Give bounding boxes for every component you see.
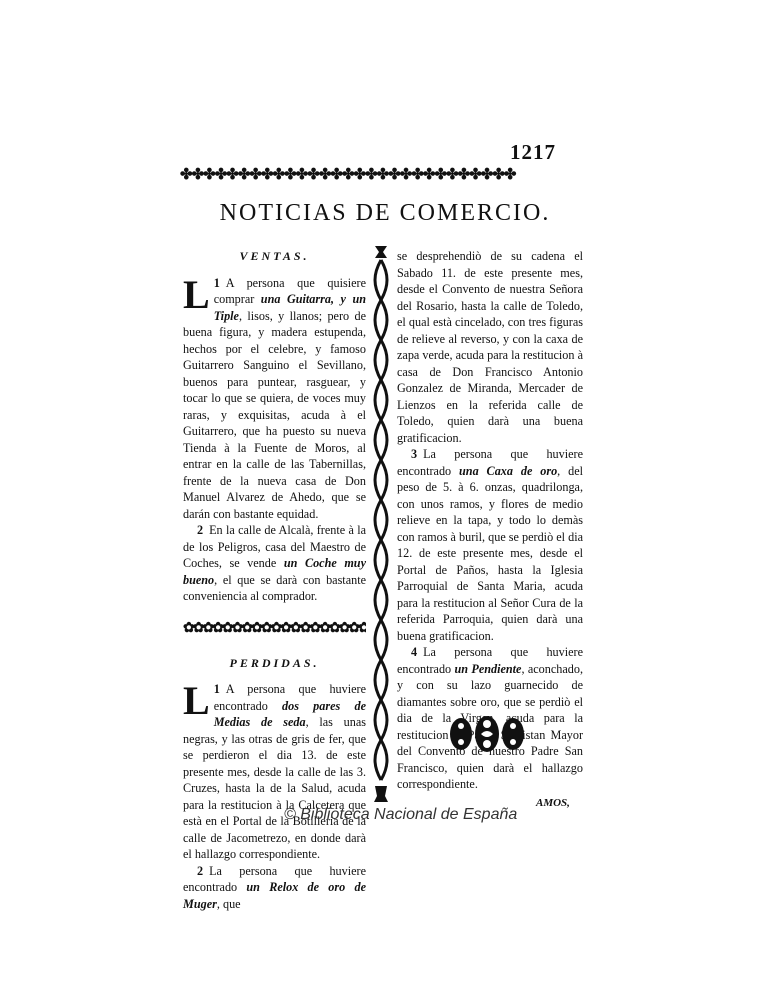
header-ornament-band: ✤✤✤✤✤✤✤✤✤✤✤✤✤✤✤✤✤✤✤✤✤✤✤✤✤✤✤✤✤	[180, 162, 595, 186]
right-column: se desprehendiò de su cadena el Sabado 1…	[397, 248, 583, 793]
item-number: 2	[197, 523, 203, 537]
page-title: NOTICIAS DE COMERCIO.	[175, 200, 595, 227]
section-ornament-band: ✿✿✿✿✿✿✿✿✿✿✿✿✿✿✿✿✿✿✿	[183, 621, 366, 641]
perdidas-item-2: 2La persona que huviere encontrado un Re…	[183, 863, 366, 913]
item-emphasis: una Caxa de oro	[459, 464, 557, 478]
item-emphasis: un Pendiente	[454, 662, 521, 676]
drop-cap: L	[183, 685, 210, 717]
item-number: 2	[197, 864, 203, 878]
ventas-item-2: 2En la calle de Alcalà, frente à la de l…	[183, 522, 366, 605]
fleuron-row: ✤✤✤✤✤✤✤✤✤✤✤✤✤✤✤✤✤✤✤✤✤✤✤✤✤✤✤✤✤	[180, 162, 515, 186]
continuation-paragraph: se desprehendiò de su cadena el Sabado 1…	[397, 248, 583, 446]
drop-cap: L	[183, 279, 210, 311]
item-number: 1	[214, 276, 220, 290]
tailpiece-ornament-icon	[447, 712, 527, 756]
item-text: , del peso de 5. à 6. onzas, quadrilonga…	[397, 464, 583, 643]
section-heading-ventas: VENTAS.	[183, 248, 366, 265]
rope-column-divider-icon	[371, 246, 391, 808]
section-heading-perdidas: PERDIDAS.	[183, 655, 366, 672]
item-number: 1	[214, 682, 220, 696]
item-text: , que	[217, 897, 241, 911]
copyright-watermark: © Biblioteca Nacional de España	[284, 806, 517, 824]
ventas-item-1: 1LA persona que quisiere comprar una Gui…	[183, 275, 366, 523]
item-number: 3	[411, 447, 417, 461]
item-number: 4	[411, 645, 417, 659]
item-text: , las unas negras, y las otras de gris d…	[183, 715, 366, 861]
catchword: AMOS,	[536, 797, 570, 809]
item-text: , lisos, y llanos; pero de buena figura,…	[183, 309, 366, 521]
perdidas-item-1: 1LA persona que huviere encontrado dos p…	[183, 681, 366, 863]
perdidas-item-3: 3La persona que huviere encontrado una C…	[397, 446, 583, 644]
